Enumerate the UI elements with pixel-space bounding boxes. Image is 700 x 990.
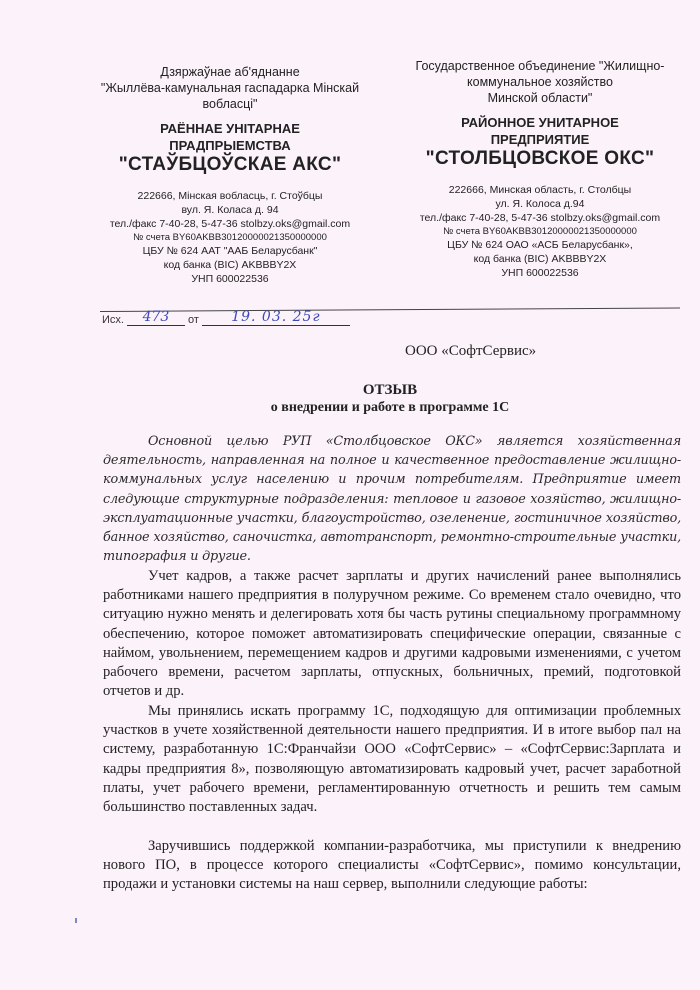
parent-org-line: Дзяржаўнае аб'яднанне (95, 64, 365, 80)
bank-account: № счета BY60AKBB30120000021350000000 (395, 225, 685, 239)
letterhead-russian: Государственное объединение "Жилищно- ко… (395, 58, 685, 281)
document-title: ОТЗЫВ о внедрении и работе в программе 1… (100, 381, 680, 417)
bank-account: № счета BY60AKBB30120000021350000000 (95, 231, 365, 245)
paragraph-implementation: Заручившись поддержкой компании-разработ… (103, 837, 681, 895)
phone-email: тел./факс 7-40-28, 5-47-36 stolbzy.oks@g… (95, 218, 365, 232)
address: 222666, Минская область, г. Столбцы (395, 184, 685, 198)
bank-name: ЦБУ № 624 ААТ "ААБ Беларусбанк" (95, 245, 365, 259)
addressee: ООО «СофтСервис» (405, 343, 536, 360)
street: вул. Я. Коласа д. 94 (95, 204, 365, 218)
bank-bic: код банка (BIC) AKBBBY2X (95, 259, 365, 273)
address: 222666, Мінская вобласць, г. Стоўбцы (95, 190, 365, 204)
outgoing-reference: Исх. 473 от 19. 03. 25г (102, 310, 350, 326)
ink-mark (75, 918, 77, 923)
outgoing-date: 19. 03. 25г (202, 310, 350, 326)
bank-name: ЦБУ № 624 ОАО «АСБ Беларусбанк», (395, 239, 685, 253)
parent-org-line: Минской области" (395, 90, 685, 106)
paragraph-hr-accounting: Учет кадров, а также расчет зарплаты и д… (103, 567, 681, 701)
letter-page: Дзяржаўнае аб'яднанне "Жыллёва-камунальн… (0, 0, 700, 990)
unp: УНП 600022536 (95, 273, 365, 287)
enterprise-name: "СТОЛБЦОВСКОЕ ОКС" (395, 148, 685, 170)
parent-org-line: коммунальное хозяйство (395, 74, 685, 90)
enterprise-type: РАЙОННОЕ УНИТАРНОЕ ПРЕДПРИЯТИЕ (395, 114, 685, 148)
phone-email: тел./факс 7-40-28, 5-47-36 stolbzy.oks@g… (395, 212, 685, 226)
paragraph-software-choice: Мы принялись искать программу 1С, подход… (103, 702, 681, 817)
unp: УНП 600022536 (395, 267, 685, 281)
enterprise-type: РАЁННАЕ УНІТАРНАЕ ПРАДПРЫЕМСТВА (95, 120, 365, 154)
bank-bic: код банка (BIC) AKBBBY2X (395, 253, 685, 267)
parent-org-line: Государственное объединение "Жилищно- (395, 58, 685, 74)
letterhead-belarusian: Дзяржаўнае аб'яднанне "Жыллёва-камунальн… (95, 64, 365, 287)
contact-details: 222666, Минская область, г. Столбцы ул. … (395, 184, 685, 281)
paragraph-intro: Основной целью РУП «Столбцовское ОКС» яв… (103, 432, 681, 566)
outgoing-number: 473 (127, 310, 185, 326)
parent-org-line: "Жыллёва-камунальная гаспадарка Мінскай (95, 80, 365, 96)
street: ул. Я. Колоса д.94 (395, 198, 685, 212)
title-main: ОТЗЫВ (100, 381, 680, 399)
parent-org-line: вобласці" (95, 96, 365, 112)
enterprise-name: "СТАЎБЦОЎСКАЕ АКС" (95, 154, 365, 176)
outgoing-label: Исх. (102, 314, 124, 326)
date-label: от (188, 314, 199, 326)
title-subtitle: о внедрении и работе в программе 1С (100, 399, 680, 417)
contact-details: 222666, Мінская вобласць, г. Стоўбцы вул… (95, 190, 365, 287)
